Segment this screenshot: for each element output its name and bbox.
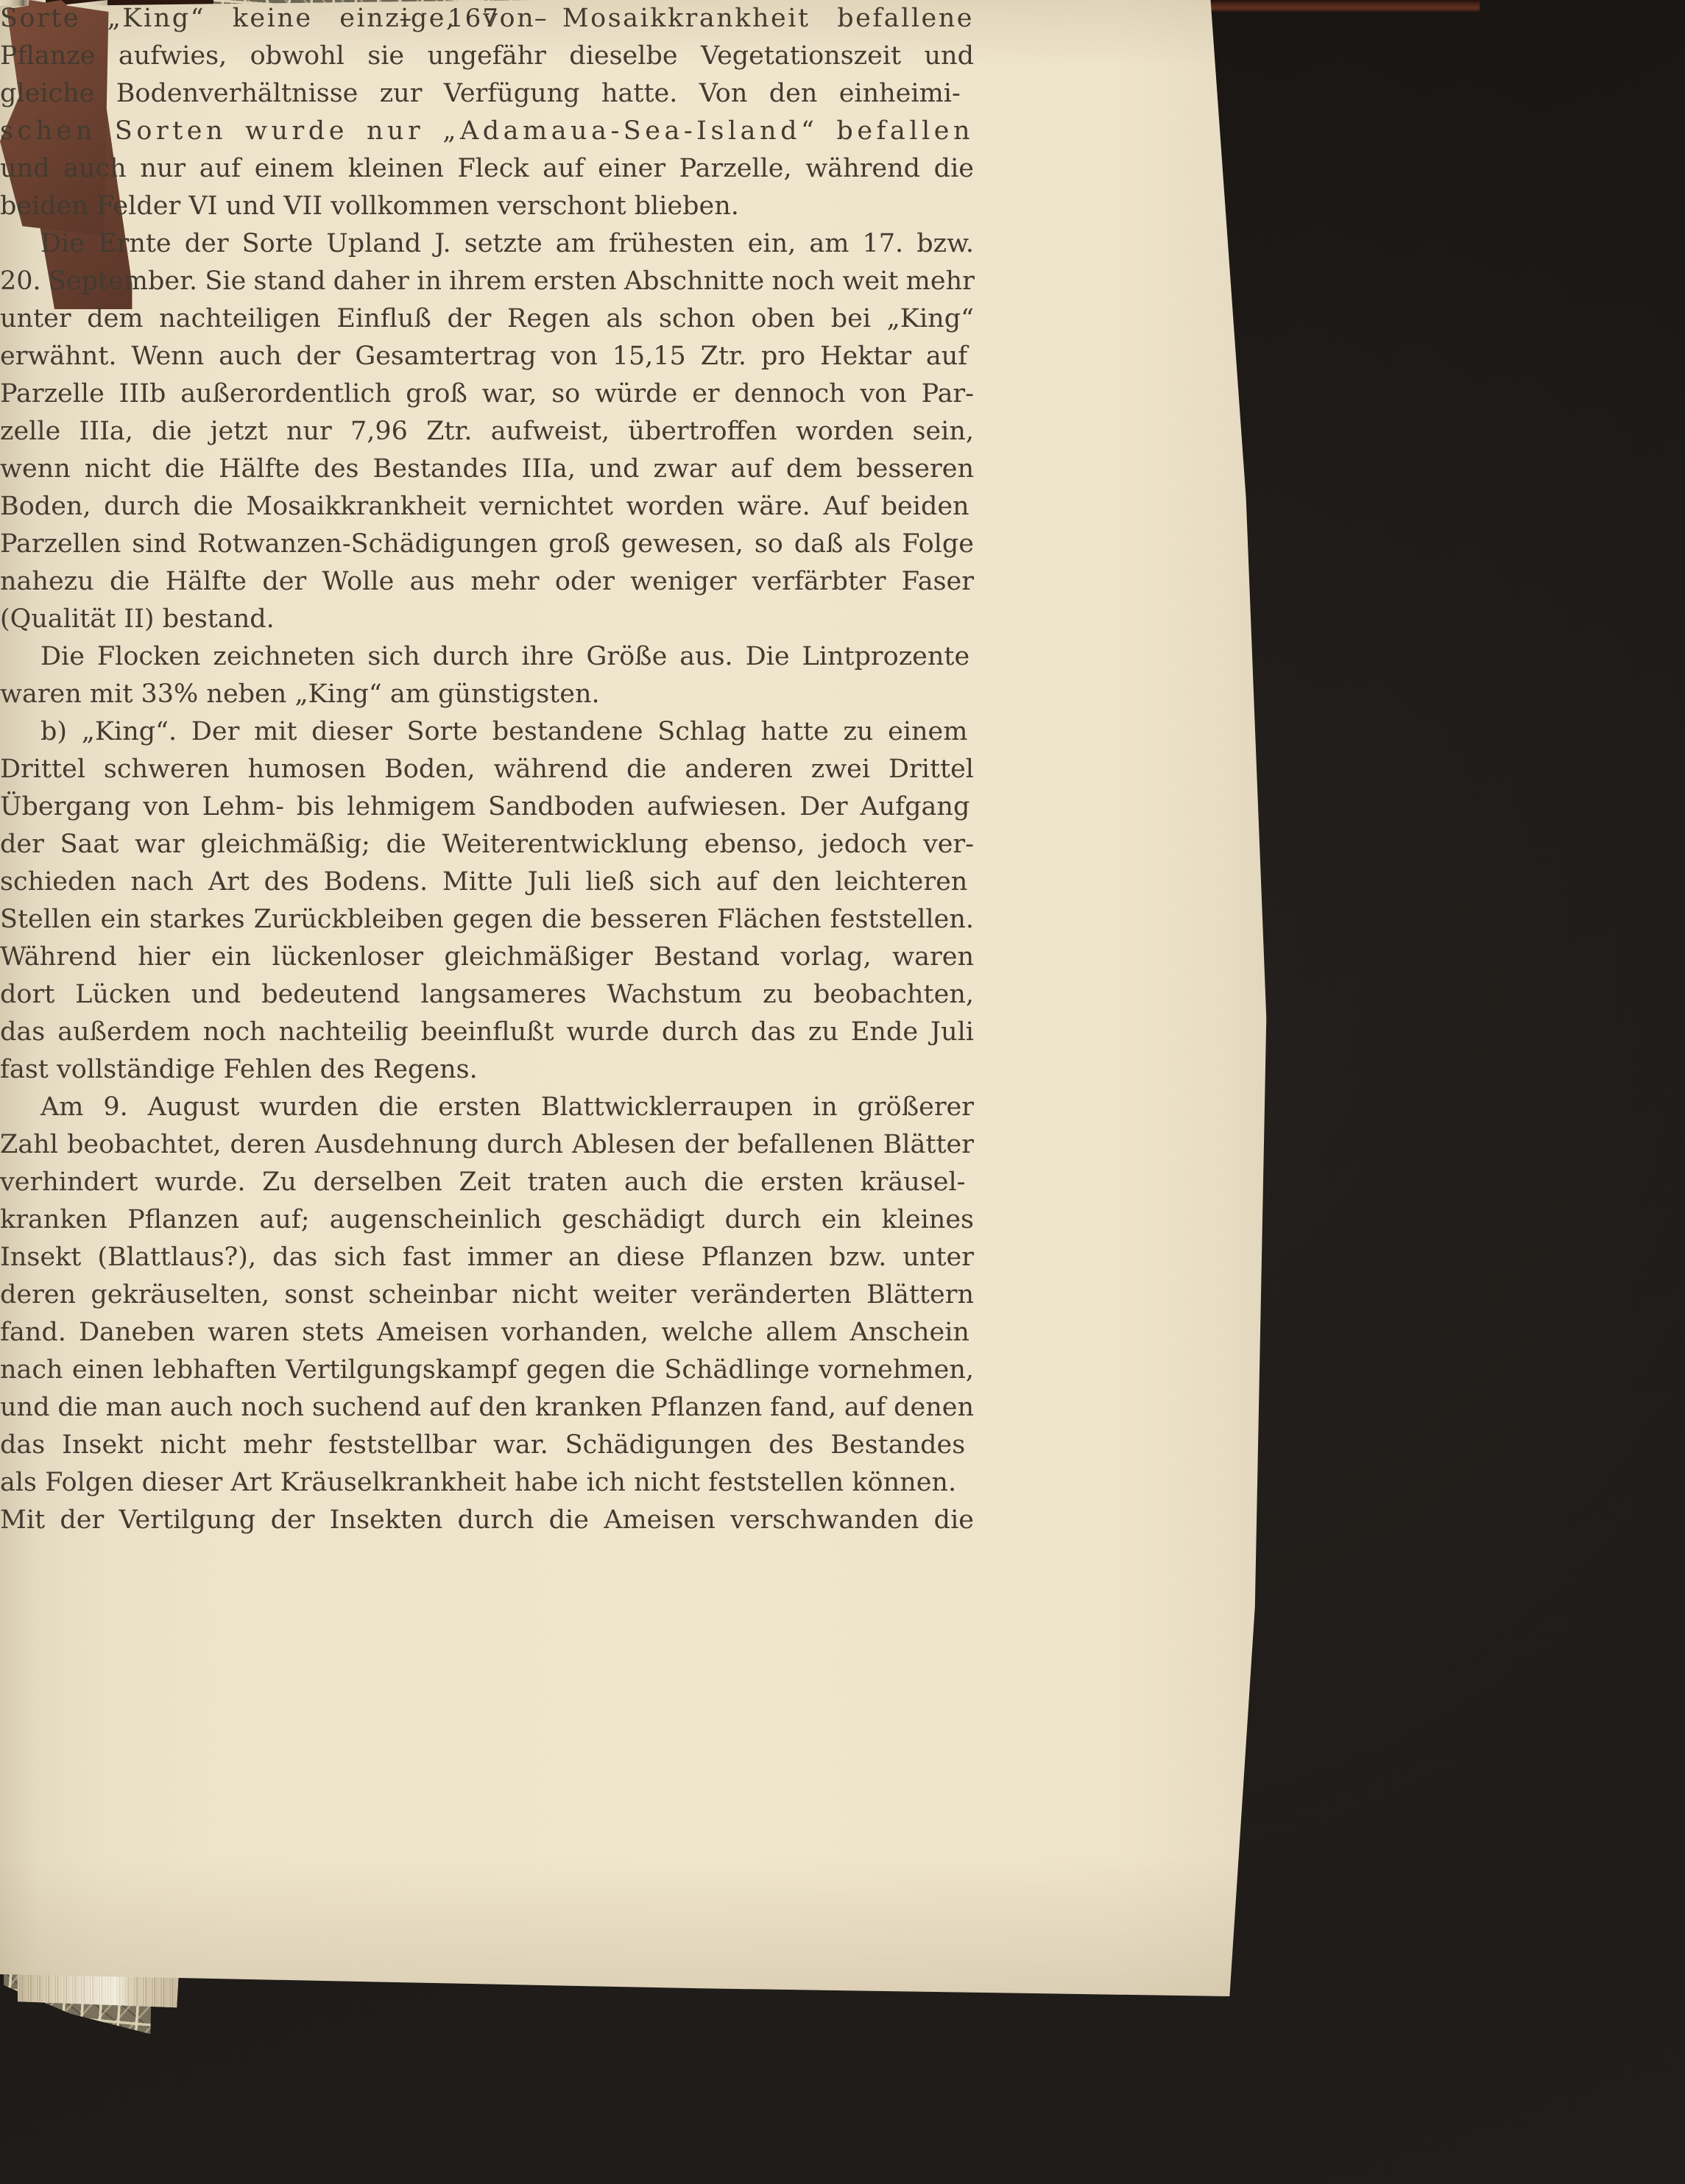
text-line-content: kranken Pflanzen auf; augenscheinlich ge… [0, 1205, 974, 1234]
text-line-content: Parzelle IIIb außerordentlich groß war, … [0, 379, 974, 409]
text-line: erwähnt. Wenn auch der Gesamtertrag von … [0, 338, 974, 375]
text-line-content: zelle IIIa, die jetzt nur 7,96 Ztr. aufw… [0, 417, 974, 446]
text-line: schieden nach Art des Bodens. Mitte Juli… [0, 863, 974, 901]
text-line: als Folgen dieser Art Kräuselkrankheit h… [0, 1464, 974, 1502]
text-line: wenn nicht die Hälfte des Bestandes IIIa… [0, 450, 974, 488]
text-line: schen Sorten wurde nur „Adamaua-Sea-Isla… [0, 113, 974, 150]
text-line: dort Lücken und bedeutend langsameres Wa… [0, 976, 974, 1014]
text-line-content: nahezu die Hälfte der Wolle aus mehr ode… [0, 567, 974, 596]
text-line-content: Insekt (Blattlaus?), das sich fast immer… [0, 1243, 974, 1272]
text-line: der Saat war gleichmäßig; die Weiterentw… [0, 826, 974, 863]
text-line: kranken Pflanzen auf; augenscheinlich ge… [0, 1201, 974, 1239]
text-line-content: gleiche Bodenverhältnisse zur Verfügung … [0, 79, 961, 108]
text-line-content: nach einen lebhaften Vertilgungskampf ge… [0, 1355, 974, 1385]
text-line-content: Am 9. August wurden die ersten Blattwick… [40, 1092, 974, 1122]
text-line-content: als Folgen dieser Art Kräuselkrankheit h… [0, 1468, 956, 1497]
text-line-content: schen Sorten wurde nur „Adamaua-Sea-Isla… [0, 116, 974, 146]
text-line: das Insekt nicht mehr feststellbar war. … [0, 1427, 974, 1464]
text-line-content: das Insekt nicht mehr feststellbar war. … [0, 1430, 965, 1460]
text-line-content: beiden Felder VI und VII vollkommen vers… [0, 191, 739, 221]
text-line: zelle IIIa, die jetzt nur 7,96 Ztr. aufw… [0, 413, 974, 450]
text-line: Übergang von Lehm- bis lehmigem Sandbode… [0, 788, 974, 826]
text-line: Zahl beobachtet, deren Ausdehnung durch … [0, 1126, 974, 1164]
text-line-content: und auch nur auf einem kleinen Fleck auf… [0, 154, 974, 183]
text-line-content: deren gekräuselten, sonst scheinbar nich… [0, 1280, 974, 1310]
text-line: Drittel schweren humosen Boden, während … [0, 751, 974, 788]
text-line-content: Die Ernte der Sorte Upland J. setzte am … [40, 229, 974, 258]
text-line-content: Zahl beobachtet, deren Ausdehnung durch … [0, 1130, 974, 1159]
text-line-content: der Saat war gleichmäßig; die Weiterentw… [0, 830, 974, 859]
text-line: (Qualität II) bestand. [0, 601, 974, 638]
text-line-content: unter dem nachteiligen Einfluß der Regen… [0, 304, 974, 333]
text-line: Während hier ein lückenloser gleichmäßig… [0, 939, 974, 976]
text-line-content: Übergang von Lehm- bis lehmigem Sandbode… [0, 792, 969, 821]
text-line-content: und die man auch noch suchend auf den kr… [0, 1393, 974, 1422]
text-line: Die Ernte der Sorte Upland J. setzte am … [0, 225, 974, 263]
text-line: nach einen lebhaften Vertilgungskampf ge… [0, 1351, 974, 1389]
text-line-content: Drittel schweren humosen Boden, während … [0, 754, 974, 784]
text-line: unter dem nachteiligen Einfluß der Regen… [0, 300, 974, 338]
text-line-content: dort Lücken und bedeutend langsameres Wa… [0, 980, 974, 1009]
text-line-content: verhindert wurde. Zu derselben Zeit trat… [0, 1167, 966, 1197]
text-line: das außerdem noch nachteilig beeinflußt … [0, 1014, 974, 1051]
text-line: Boden, durch die Mosaikkrankheit vernich… [0, 488, 974, 526]
text-line-content: Boden, durch die Mosaikkrankheit vernich… [0, 492, 969, 521]
text-line-content: wenn nicht die Hälfte des Bestandes IIIa… [0, 454, 974, 484]
text-line-content: 20. September. Sie stand daher in ihrem … [0, 266, 975, 296]
text-line-content: fand. Daneben waren stets Ameisen vorhan… [0, 1318, 969, 1347]
text-line-content: Stellen ein starkes Zurückbleiben gegen … [0, 905, 974, 934]
text-line-content: waren mit 33% neben „King“ am günstigste… [0, 679, 600, 709]
text-line: 20. September. Sie stand daher in ihrem … [0, 263, 974, 300]
text-line: Pflanze aufwies, obwohl sie ungefähr die… [0, 38, 974, 75]
text-line: Parzellen sind Rotwanzen-Schädigungen gr… [0, 526, 974, 563]
text-line: b) „King“. Der mit dieser Sorte bestande… [0, 713, 974, 751]
text-line: Die Flocken zeichneten sich durch ihre G… [0, 638, 974, 676]
text-line: fand. Daneben waren stets Ameisen vorhan… [0, 1314, 974, 1351]
text-line: waren mit 33% neben „King“ am günstigste… [0, 676, 974, 713]
text-line-content: schieden nach Art des Bodens. Mitte Juli… [0, 867, 967, 897]
text-line: verhindert wurde. Zu derselben Zeit trat… [0, 1164, 974, 1201]
text-line-content: erwähnt. Wenn auch der Gesamtertrag von … [0, 342, 967, 371]
text-line: Sorte „King“ keine einzige, von Mosaikkr… [0, 0, 974, 38]
text-block: Sorte „King“ keine einzige, von Mosaikkr… [0, 0, 974, 1539]
text-line: Insekt (Blattlaus?), das sich fast immer… [0, 1239, 974, 1276]
book-scan-photo: afßneruaten,u.esnertend,ersen. – 167 – S… [0, 0, 1685, 2184]
text-line: gleiche Bodenverhältnisse zur Verfügung … [0, 75, 974, 113]
text-line-content: Die Flocken zeichneten sich durch ihre G… [40, 642, 969, 671]
text-line: und auch nur auf einem kleinen Fleck auf… [0, 150, 974, 188]
text-line-content: Sorte „King“ keine einzige, von Mosaikkr… [0, 4, 974, 33]
text-line: fast vollständige Fehlen des Regens. [0, 1051, 974, 1089]
text-line: Stellen ein starkes Zurückbleiben gegen … [0, 901, 974, 939]
text-line-content: Pflanze aufwies, obwohl sie ungefähr die… [0, 41, 974, 71]
text-line-content: b) „King“. Der mit dieser Sorte bestande… [40, 717, 967, 746]
text-line: Parzelle IIIb außerordentlich groß war, … [0, 375, 974, 413]
text-line-content: Mit der Vertilgung der Insekten durch di… [0, 1505, 974, 1535]
text-line: nahezu die Hälfte der Wolle aus mehr ode… [0, 563, 974, 601]
text-line: Am 9. August wurden die ersten Blattwick… [0, 1089, 974, 1126]
text-line-content: (Qualität II) bestand. [0, 604, 275, 634]
text-line-content: Während hier ein lückenloser gleichmäßig… [0, 942, 974, 972]
text-line-content: fast vollständige Fehlen des Regens. [0, 1055, 478, 1084]
text-line-content: das außerdem noch nachteilig beeinflußt … [0, 1017, 974, 1047]
text-line: Mit der Vertilgung der Insekten durch di… [0, 1502, 974, 1539]
text-line: deren gekräuselten, sonst scheinbar nich… [0, 1276, 974, 1314]
text-line-content: Parzellen sind Rotwanzen-Schädigungen gr… [0, 529, 974, 559]
text-line: und die man auch noch suchend auf den kr… [0, 1389, 974, 1427]
text-line: beiden Felder VI und VII vollkommen vers… [0, 188, 974, 225]
